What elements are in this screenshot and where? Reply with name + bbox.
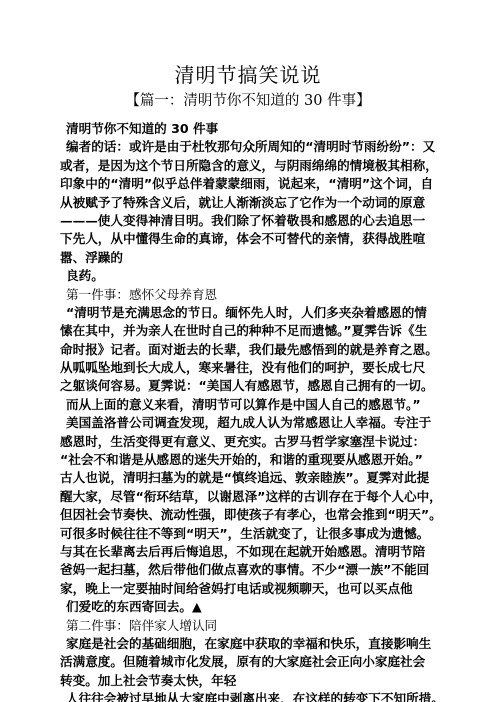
paragraph-line: 命时报》记者。面对逝去的长辈，我们最先感悟到的就是养育之恩。: [60, 341, 480, 359]
paragraph-line: 印象中的“清明”似乎总伴着蒙蒙细雨，说起来，“清明”这个词，自: [60, 175, 480, 193]
page-subtitle: 【篇一：清明节你不知道的 30 件事】: [0, 92, 496, 110]
paragraph-line: 们爱吃的东西寄回去。▲: [60, 598, 480, 616]
paragraph-line: 但因社会节奏快、流动性强，即使孩子有孝心，也常会推到“明天”。: [60, 506, 480, 524]
paragraph-line: 家，晚上一定要抽时间给爸妈打电话或视频聊天，也可以买点他: [60, 580, 480, 598]
page-title: 清明节搞笑说说: [0, 63, 496, 87]
section-heading: 清明节你不知道的 30 件事: [60, 120, 480, 138]
paragraph-line: 从被赋予了特殊含义后，就让人渐渐淡忘了它作为一个动词的原意: [60, 194, 480, 212]
paragraph-line: 可很多时候往往不等到“明天”，生活就变了，让很多事成为遗憾。: [60, 525, 480, 543]
paragraph-line: ———使人变得神清目明。我们除了怀着敬畏和感恩的心去追思一: [60, 212, 480, 230]
section-heading: 第二件事：陪伴家人增认同: [60, 617, 480, 635]
document-body: 清明节你不知道的 30 件事编者的话：或许是由于杜牧那句众所周知的“清明时节雨纷…: [60, 120, 480, 702]
paragraph-line: 转变。加上社会节奏太快，年轻: [60, 672, 480, 690]
paragraph-line: 下先人，从中懂得生命的真谛，体会不可替代的亲情，获得战胜喧: [60, 230, 480, 248]
paragraph-line: 与其在长辈离去后再后悔追思，不如现在起就开始感恩。清明节陪: [60, 543, 480, 561]
document-page: 清明节搞笑说说 【篇一：清明节你不知道的 30 件事】 清明节你不知道的 30 …: [0, 0, 496, 702]
paragraph-line: 嚣、浮躁的: [60, 249, 480, 267]
paragraph-line: 愫在其中，并为亲人在世时自己的种种不足而遗憾。”夏霁告诉《生: [60, 322, 480, 340]
paragraph-line: 编者的话：或许是由于杜牧那句众所周知的“清明时节雨纷纷”：又: [60, 138, 480, 156]
paragraph-line: 美国盖洛普公司调查发现，超九成人认为常感恩让人幸福。专注于: [60, 414, 480, 432]
paragraph-line: 活满意度。但随着城市化发展，原有的大家庭社会正向小家庭社会: [60, 653, 480, 671]
section-heading: 第一件事：感怀父母养育恩: [60, 286, 480, 304]
paragraph-line: 古人也说，清明扫墓为的就是“慎终追远、敦亲睦族”。夏霁对此提: [60, 469, 480, 487]
paragraph-line: 爸妈一起扫墓，然后带他们做点喜欢的事情。不少“漂一族”不能回: [60, 561, 480, 579]
paragraph-line: 醒大家，尽管“衔环结草，以谢恩泽”这样的古训存在于每个人心中，: [60, 488, 480, 506]
paragraph-line: 之躯谈何容易。夏霁说：“美国人有感恩节，感恩自己拥有的一切。: [60, 377, 480, 395]
paragraph-line: 或者，是因为这个节日所隐含的意义，与阴雨绵绵的情境极其相称，: [60, 157, 480, 175]
paragraph-line: “清明节是充满思念的节日。缅怀先人时，人们多夹杂着感恩的情: [60, 304, 480, 322]
paragraph-line: 人往往会被过早地从大家庭中剥离出来，在这样的转变下不知所措。: [60, 690, 480, 702]
paragraph-line: 感恩时，生活变得更有意义、更充实。古罗马哲学家塞涅卡说过：: [60, 433, 480, 451]
paragraph-line: 家庭是社会的基础细胞，在家庭中获取的幸福和快乐，直接影响生: [60, 635, 480, 653]
paragraph-line: 而从上面的意义来看，清明节可以算作是中国人自己的感恩节。”: [60, 396, 480, 414]
paragraph-line: “社会不和谐是从感恩的迷失开始的，和谐的重现要从感恩开始。”: [60, 451, 480, 469]
paragraph-line: 从呱呱坠地到长大成人，寒来暑往，没有他们的呵护，要长成七尺: [60, 359, 480, 377]
paragraph-line: 良药。: [60, 267, 480, 285]
